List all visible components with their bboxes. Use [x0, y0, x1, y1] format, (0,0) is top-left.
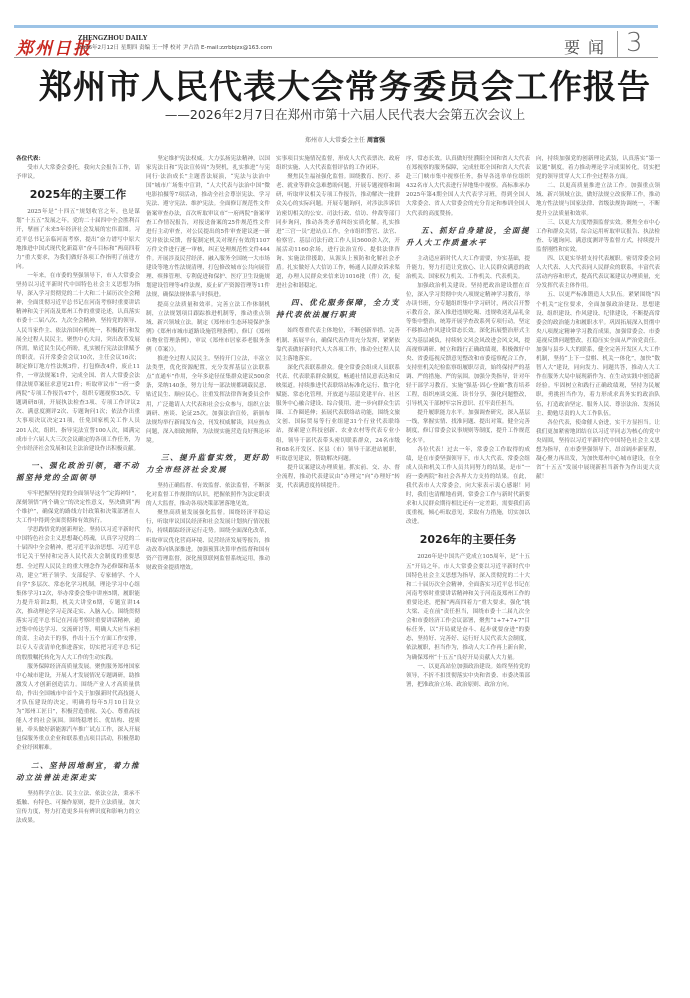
paragraph: 三、以更大力度增强监督实效。聚焦全市中心工作和群众关切，综合运用听取审议报告、执… [536, 219, 660, 255]
paragraph: 推进全过程人民民主。坚持开门立法，丰富立法类型，优化资源配置，充分发挥基层立法联… [146, 355, 270, 446]
subheading-1: 一、强化政治引领，毫不动摇坚持党的全面领导 [16, 460, 140, 484]
article-title: 郑州市人民代表大会常务委员会工作报告 [0, 61, 690, 108]
paragraph: 主动适应新时代人大工作需要，夯实基础，提升能力，努力打造让党放心、让人民群众满意… [406, 255, 530, 282]
column-2: 坚定维护宪法权威。大力弘扬宪法精神，以国家宪法日和“宪法宣传周”为契机，扎实推进… [146, 155, 270, 995]
paragraph: 深化代表联系群众。健全常委会组成人员联系代表、代表联系群众制度，畅通社情民意表达… [276, 364, 400, 464]
article-body: 各位代表： 受市人大常委会委托，我向大会报告工作，请予审议。 2025年的主要工… [16, 155, 662, 995]
column-5: 向，持续加强党的创新理论武装，认真落实“第一议题”制度，着力推动理论学习成果转化… [536, 155, 660, 995]
newspaper-name-en: ZHENGZHOU DAILY [78, 34, 148, 42]
paragraph: 五、以更严标准锻造人大队伍。紧紧围绕“四个机关”定位要求，全面加强政治建设、思想… [536, 291, 660, 418]
paragraph: 实事项目实施情况监督，形成人大代表票决、政府组织实施、人大代表监督评估的工作闭环… [276, 155, 400, 173]
paragraph: 二、以更高质量推进立法工作。加强重点领域、新兴领域立法，做好法规立改废释工作，推… [536, 182, 660, 218]
salutation: 各位代表： [16, 155, 140, 164]
intro-paragraph: 受市人大常委会委托，我向大会报告工作，请予审议。 [16, 164, 140, 182]
paragraph: 聚焦高质量发展强化监督。围绕经济平稳运行，听取审议国民经济和社会发展计划执行情况… [146, 509, 270, 573]
paragraph: 2025年是“十四五”规划收官之年，也是谋划“十五五”发展之年。党的二十届四中全… [16, 208, 140, 272]
paragraph: 各位代表！过去一年，常委会工作取得的成绩，是在市委坚强领导下，市人大代表、常委会… [406, 446, 530, 528]
column-3: 实事项目实施情况监督，形成人大代表票决、政府组织实施、人大代表监督评估的工作闭环… [276, 155, 400, 995]
paragraph: 聚焦民生福祉强化监督。围绕教育、医疗、养老、就业等群众急难愁盼问题，开展专题视察… [276, 173, 400, 291]
issue-meta: 2026年2月12日 星期四 责编 王一博 校对 尹占浩 E-mail:zzrb… [78, 43, 272, 51]
masthead: 郑州日报 ZHENGZHOU DAILY 2026年2月12日 星期四 责编 王… [14, 31, 658, 58]
paragraph: 一年来，在市委的坚强领导下，市人大常委会坚持以习近平新时代中国特色社会主义思想为… [16, 272, 140, 454]
paragraph: 向，持续加强党的创新理论武装，认真落实“第一议题”制度，着力推动理论学习成果转化… [536, 155, 660, 182]
page-number-box: 3 [617, 31, 658, 57]
article-subtitle: ——2026年2月7日在郑州市第十六届人民代表大会第五次会议上 [0, 105, 690, 123]
subheading-3: 三、提升监督实效，更好助力全市经济社会发展 [146, 452, 270, 476]
section-heading-2025: 2025年的主要工作 [16, 188, 140, 202]
paragraph: 坚持正确监督、有效监督、依法监督，不断深化对监督工作规律的认识，把握依照作为法定… [146, 482, 270, 509]
paragraph: 牢牢把握坚持党的全面领导这个“定海神针”，深刻领悟“两个确立”的决定性意义，坚决… [16, 490, 140, 526]
byline: 郑州市人大常委会主任 周富强 [0, 135, 690, 144]
section-heading-2026: 2026年的主要任务 [406, 533, 530, 547]
column-4: 序，常态长效。认真做好驻濮阳全国和省人大代表在郑视察的服务保障，完成驻郑全国和省… [406, 155, 530, 995]
paragraph: 坚持科学立法、民主立法、依法立法，秉承不抵触、有特色、可操作原则，提升立法质量，… [16, 790, 140, 826]
header-accent-line-right [330, 25, 658, 28]
subheading-2: 二、坚持因地制宜，着力推动立法普法走深走实 [16, 760, 140, 784]
byline-role: 郑州市人大常委会主任 [305, 137, 365, 144]
paragraph: 坚定维护宪法权威。大力弘扬宪法精神，以国家宪法日和“宪法宣传周”为契机，扎实推进… [146, 155, 270, 301]
paragraph: 服务保障经济高质量发展。聚焦服务郑州国家中心城市建设，开展人才发展情况专题调研，… [16, 663, 140, 754]
paragraph: 提升履职能力水平。加强调查研究，深入基层一线，掌握实情、找准问题、提出对策。健全… [406, 409, 530, 445]
paragraph: 始终尊重代表主体地位，不断创新举措、完善机制、拓展平台，确保代表作用充分发挥，紧… [276, 327, 400, 363]
paragraph: 提高立法质量和效率。完善立法工作体制机制，立法规划项目跟踪推进机制等，推动重点领… [146, 301, 270, 356]
subheading-4: 四、优化服务保障，全力支持代表依法履行职责 [276, 297, 400, 321]
header-accent-line [14, 25, 330, 28]
paragraph: 各位代表，使命催人奋进，实干方显担当。让我们更加紧密地团结在以习近平同志为核心的… [536, 419, 660, 483]
paragraph: 一、以更高站位加强政治建设。始终坚持党的领导，不折不扣贯彻落实中央和省委、市委决… [406, 663, 530, 690]
byline-name: 周富强 [367, 137, 385, 144]
page-number: 3 [626, 28, 643, 58]
section-name: 要闻 [564, 35, 612, 58]
paragraph: 四、以更实举措支持代表履职。密切常委会同人大代表、人大代表同人民群众的联系，丰富… [536, 255, 660, 291]
subheading-5: 五、抓好自身建设，全面提升人大工作质量水平 [406, 225, 530, 249]
paragraph: 加强政治机关建设。坚持把政治建设摆在首位，深入学习贯彻中央八项规定精神学习教育，… [406, 282, 530, 409]
paragraph: 序，常态长效。认真做好驻濮阳全国和省人大代表在郑视察的服务保障，完成驻郑全国和省… [406, 155, 530, 219]
paragraph: 2026年是中国共产党成立105周年，是“十五五”开局之年。市人大常委会要以习近… [406, 553, 530, 662]
column-1: 各位代表： 受市人大常委会委托，我向大会报告工作，请予审议。 2025年的主要工… [16, 155, 140, 995]
paragraph: 提升议案建议办理质量。抓实前、交、办、督全流程，推动代表建议由“办理完”向“办理… [276, 464, 400, 491]
paragraph: 学思践悟党的创新理论。坚持以习近平新时代中国特色社会主义思想凝心铸魂，认真学习党… [16, 526, 140, 662]
